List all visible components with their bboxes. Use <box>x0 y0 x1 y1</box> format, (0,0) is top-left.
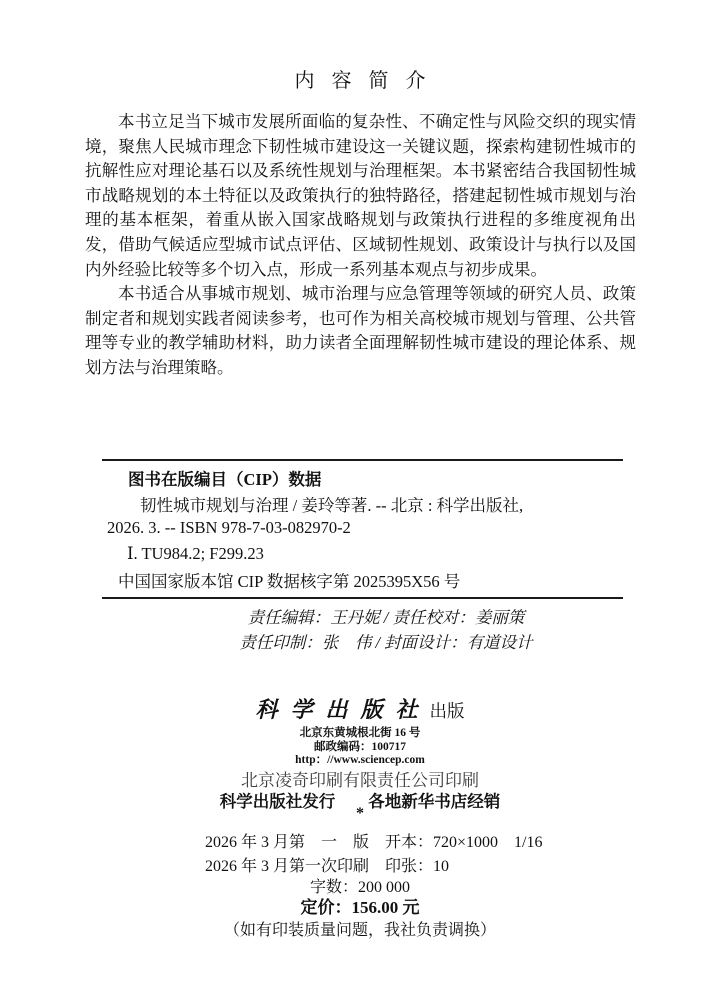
publisher-address: 北京东黄城根北街 16 号 <box>0 727 720 740</box>
cip-title-line: 韧性城市规划与治理 / 姜玲等著. -- 北京 : 科学出版社, <box>140 492 523 516</box>
publisher-suffix: 出版 <box>430 701 465 721</box>
separator-asterisk: * <box>0 805 720 823</box>
exchange-note-line: （如有印装质量问题，我社负责调换） <box>0 917 720 940</box>
edition-line: 2026 年 3 月第 一 版 开本：720×1000 1/16 <box>205 829 542 852</box>
printing-line: 2026 年 3 月第一次印刷 印张：10 <box>205 853 449 876</box>
print-design-credits-line: 责任印制：张 伟 / 封面设计：有道设计 <box>52 629 720 653</box>
intro-paragraph-1: 本书立足当下城市发展所面临的复杂性、不确定性与风险交织的现实情境，聚焦人民城市理… <box>85 110 636 282</box>
introduction-section: 本书立足当下城市发展所面临的复杂性、不确定性与风险交织的现实情境，聚焦人民城市理… <box>85 110 636 381</box>
cip-classification-line: Ⅰ. TU984.2; F299.23 <box>127 544 264 564</box>
intro-paragraph-2: 本书适合从事城市规划、城市治理与应急管理等领域的研究人员、政策制定者和规划实践者… <box>85 282 636 380</box>
cip-record-number-line: 中国国家版本馆 CIP 数据核字第 2025395X56 号 <box>118 568 460 592</box>
cip-heading: 图书在版编目（CIP）数据 <box>128 466 321 490</box>
copyright-page: 内容简介 本书立足当下城市发展所面临的复杂性、不确定性与风险交织的现实情境，聚焦… <box>0 0 720 1000</box>
cip-top-rule <box>102 459 623 461</box>
editor-credits-line: 责任编辑：王丹妮 / 责任校对：姜丽策 <box>52 604 720 628</box>
science-press-logotype: 科学出版社 <box>255 697 430 722</box>
page-title: 内容简介 <box>0 64 720 93</box>
cip-bottom-rule <box>102 597 623 599</box>
cip-isbn-line: 2026. 3. -- ISBN 978-7-03-082970-2 <box>107 518 351 538</box>
publisher-postcode: 邮政编码：100717 <box>0 741 720 754</box>
price-line: 定价：156.00 元 <box>0 893 720 918</box>
publisher-line: 科学出版社 出版 <box>0 693 720 724</box>
